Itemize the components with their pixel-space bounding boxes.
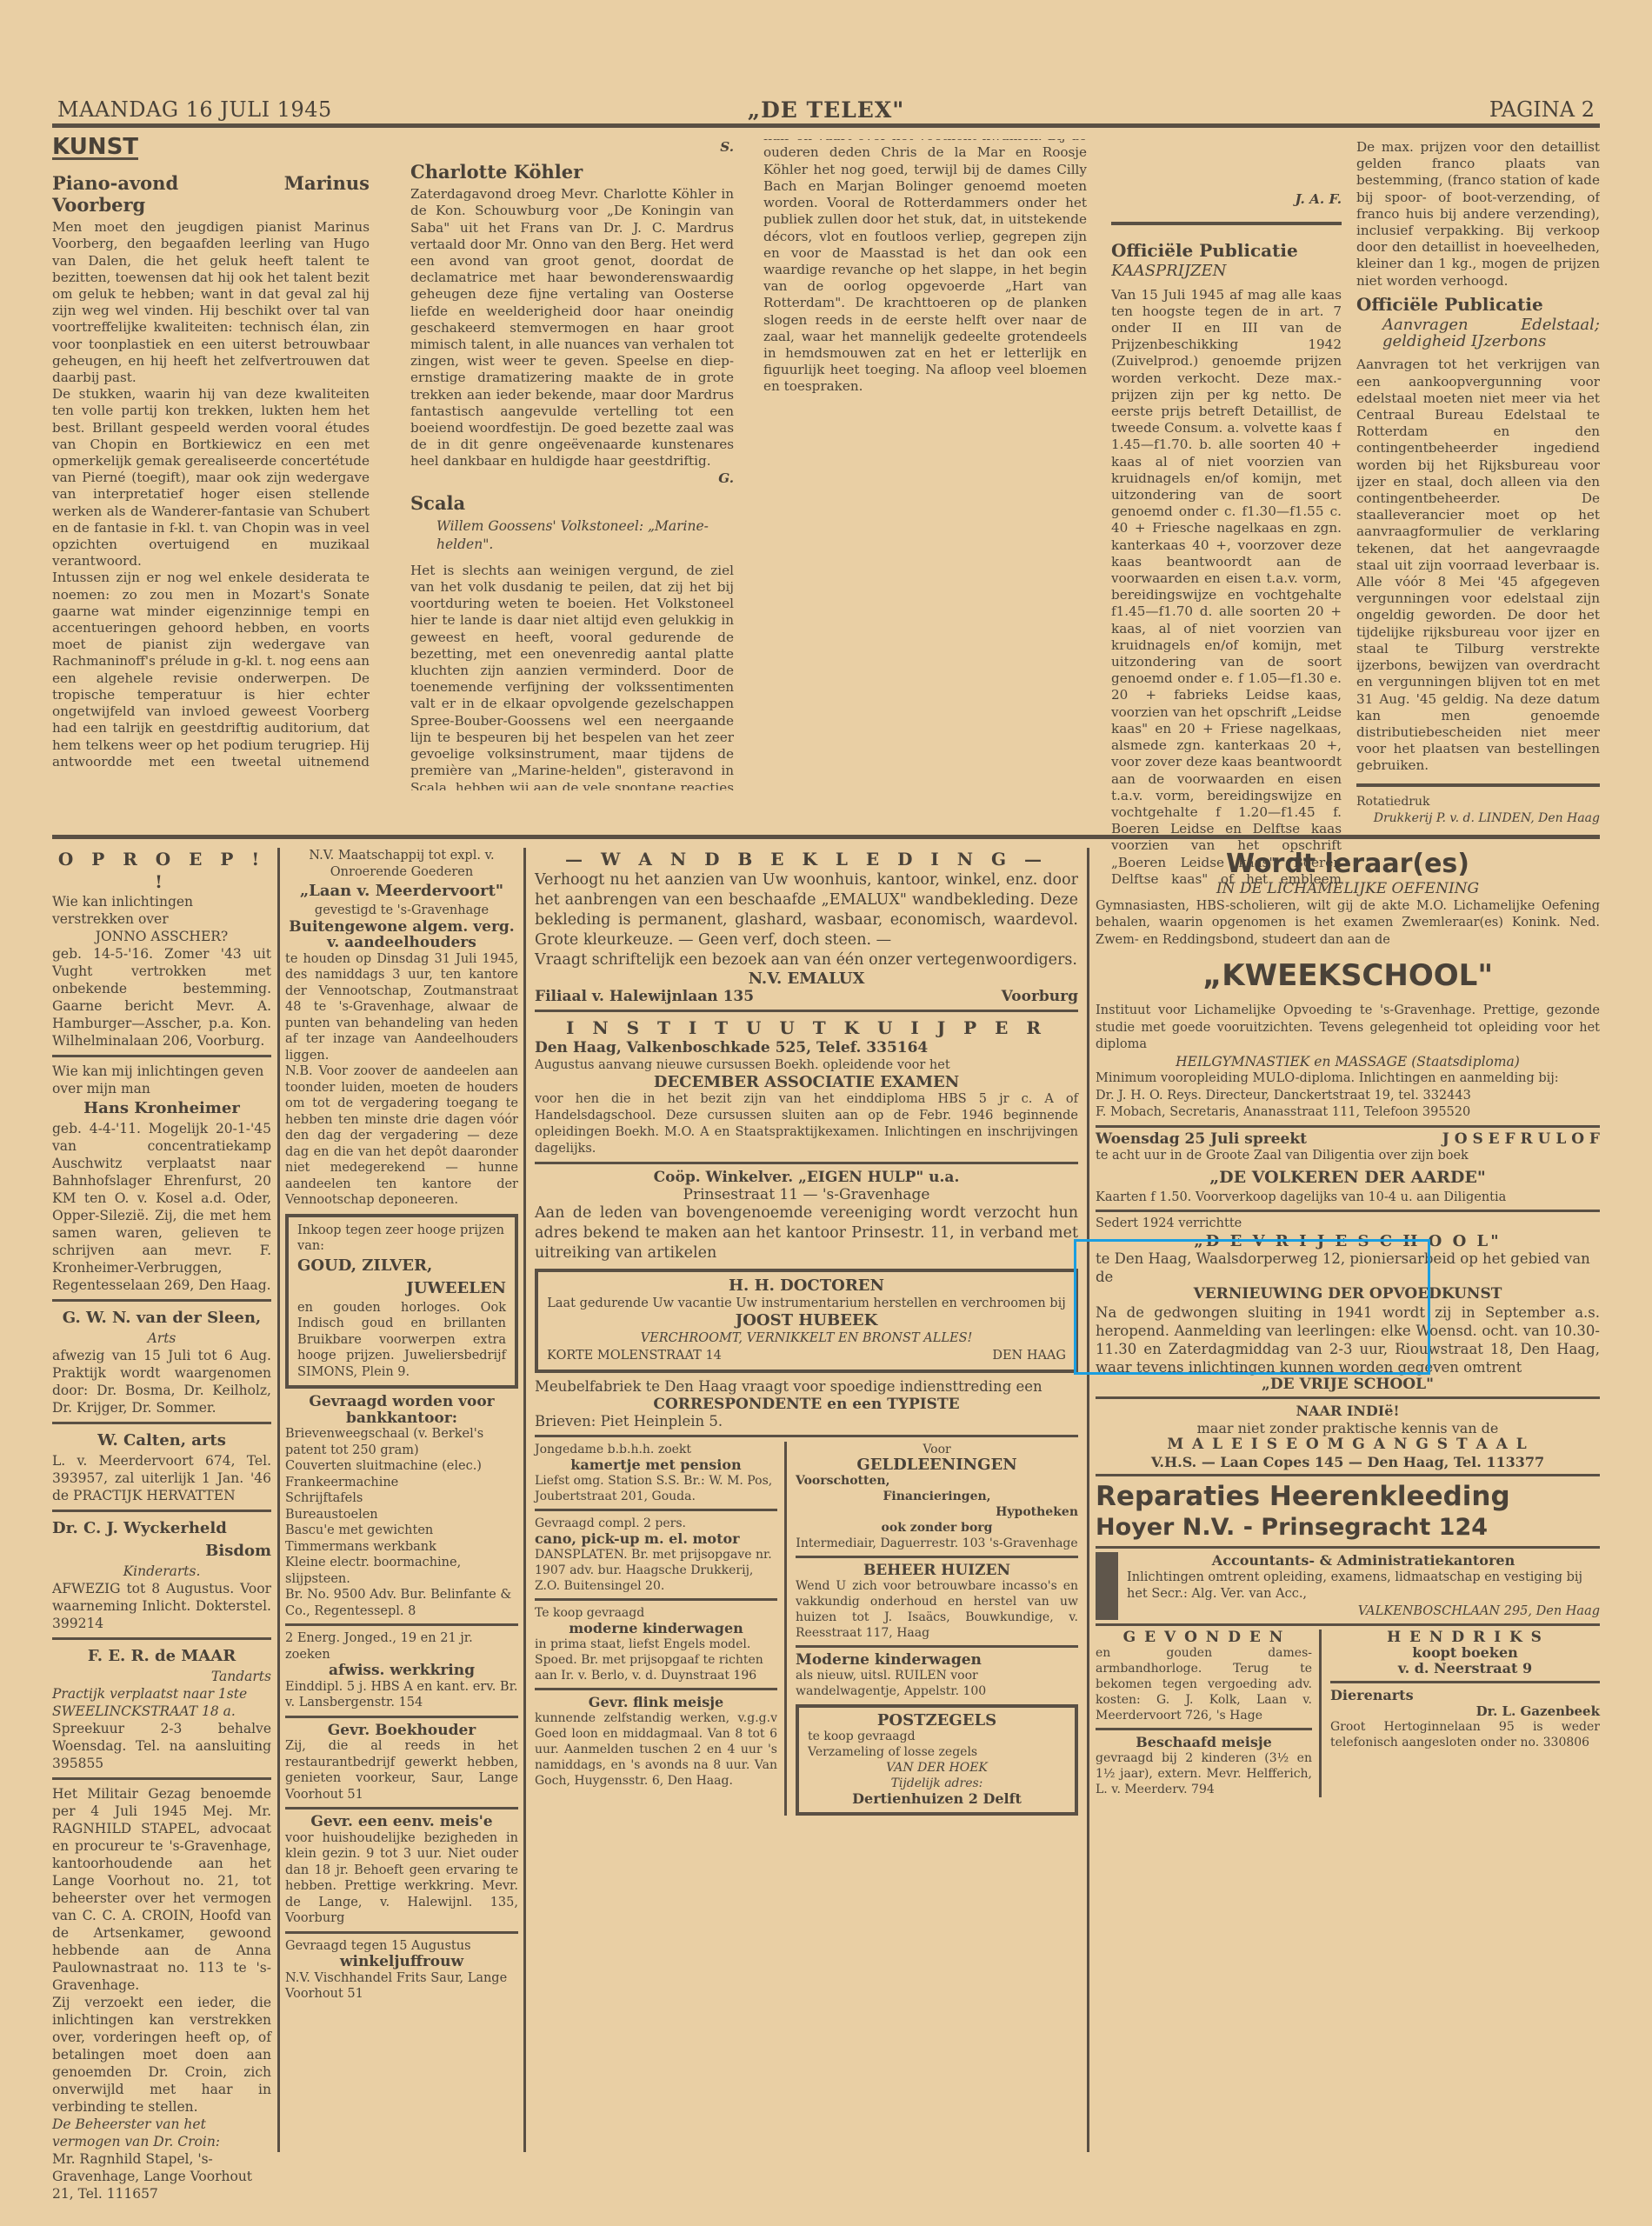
ad-text: Augustus aanvang nieuwe cursussen Boekh.… (535, 1056, 1078, 1074)
ad-subcolumn-left: G E V O N D E N en gouden dames-armbandh… (1096, 1630, 1322, 1797)
ad-subgrid: Jongedame b.b.h.h. zoekt kamertje met pe… (535, 1442, 1078, 1816)
ad-box-doctoren: H. H. DOCTOREN Laat gedurende Uw vacanti… (535, 1269, 1078, 1373)
ad-text: Den Haag, Valkenboschkade 525, Telef. 33… (535, 1039, 1078, 1056)
article-paragraph: Het is slechts aan weinigen vergund, de … (763, 139, 1087, 396)
ad-text: Te koop gevraagd (535, 1605, 777, 1621)
ad-text: Practijk verplaatst naar 1ste SWEELINCKS… (52, 1685, 271, 1720)
ad-title: POSTZEGELS (808, 1713, 1066, 1729)
divider (1096, 1546, 1600, 1549)
publication-subtitle: KAASPRIJZEN (1111, 263, 1342, 279)
ad-city: DEN HAAG (992, 1347, 1066, 1364)
divider (52, 1510, 271, 1512)
list-item: Bascu'e met gewichten (285, 1523, 518, 1539)
ad-text: Inkoop tegen zeer hooge prijzen van: (297, 1223, 506, 1255)
publication-body: De max. prijzen voor den detaillist geld… (1356, 139, 1600, 290)
ad-body: L. v. Meerdervoort 674, Tel. 393957, zal… (52, 1452, 271, 1504)
ad-text: Laat gedurende Uw vacantie Uw instrument… (547, 1295, 1066, 1312)
divider (285, 1623, 518, 1626)
divider (1330, 1681, 1600, 1683)
ad-body: Aan de leden van bovengenoemde vereenigi… (535, 1203, 1078, 1263)
newspaper-title: „DE TELEX" (52, 97, 1600, 123)
ad-title: Beschaafd meisje (1096, 1735, 1312, 1750)
publication-subtitle: Aanvragen Edelstaal; geldigheid IJzerbon… (1356, 317, 1600, 350)
column-rule (523, 848, 526, 2152)
list-item: Bureaustoelen (285, 1507, 518, 1523)
ad-title-row: Woensdag 25 Juli spreekt J O S E F R U L… (1096, 1131, 1600, 1149)
divider (285, 1931, 518, 1934)
ad-body: kunnende zelfstandig werken, v.g.g.v Goe… (535, 1710, 777, 1789)
ad-subcolumn-right: H E N D R I K S koopt boeken v. d. Neers… (1330, 1630, 1600, 1797)
masthead-rule (52, 123, 1600, 128)
ad-text: ook zonder borg (796, 1520, 1078, 1536)
divider (535, 1435, 1078, 1437)
ad-list: Brievenweegschaal (v. Berkel's patent to… (285, 1426, 518, 1587)
ad-body: DANSPLATEN. Br. met prijsopgave nr. 1907… (535, 1547, 777, 1594)
article-paragraph: Het is slechts aan weinigen vergund, de … (410, 563, 734, 790)
ad-name: Bisdom (52, 1540, 271, 1563)
ad-body: Wend U zich voor betrouwbare incasso's e… (796, 1578, 1078, 1641)
article-paragraph: Men moet den jeugdigen pianist Marinus V… (52, 219, 370, 386)
official-publication-steel: De max. prijzen voor den detaillist geld… (1356, 139, 1600, 896)
article-title: Piano-avond Marinus Voorberg (52, 172, 370, 216)
ad-title: Dierenarts (1330, 1688, 1600, 1703)
ad-speaker: J O S E F R U L O F (1442, 1131, 1600, 1149)
ad-text: M A L E I S E O M G A N G S T A A L (1096, 1436, 1600, 1454)
ad-text: Tijdelijk adres: (808, 1776, 1066, 1791)
divider (1111, 222, 1342, 225)
ad-title: winkeljuffrouw (285, 1954, 518, 1970)
ad-title: Gevr. flink meisje (535, 1695, 777, 1710)
ad-body: als nieuw, uitsl. RUILEN voor wandelwage… (796, 1668, 1078, 1699)
ad-body: Zij verzoekt een ieder, die inlichtingen… (52, 1994, 271, 2116)
ad-name: JOOST HUBEEK (547, 1312, 1066, 1330)
divider (52, 1777, 271, 1780)
ad-subtitle: IN DE LICHAMELIJKE OEFENING (1096, 881, 1600, 898)
ad-address: Filiaal v. Halewijnlaan 135 (535, 988, 754, 1005)
ad-body: Liefst omg. Station S.S. Br.: W. M. Pos,… (535, 1473, 777, 1504)
ad-title: kamertje met pension (535, 1457, 777, 1473)
ad-name: „KWEEKSCHOOL" (1096, 954, 1600, 997)
ad-subgrid: G E V O N D E N en gouden dames-armbandh… (1096, 1630, 1600, 1797)
ad-text: N.V. Maatschappij tot expl. v. Onroerend… (285, 848, 518, 880)
ad-text: gevestigd te 's-Gravenhage (285, 903, 518, 919)
publication-body: Aanvragen tot het verkrijgen van een aan… (1356, 357, 1600, 774)
ad-title: Reparaties Heerenkleeding (1096, 1480, 1600, 1513)
ad-name: „Laan v. Meerdervoort" (285, 880, 518, 903)
article-scala-continued: Het is slechts aan weinigen vergund, de … (763, 139, 1087, 887)
ad-title: JUWEELEN (297, 1277, 506, 1300)
ads-column-2: N.V. Maatschappij tot expl. v. Onroerend… (285, 848, 518, 2003)
ad-body: Gymnasiasten, HBS-scholieren, wilt gij d… (1096, 898, 1600, 950)
ad-name: N.V. EMALUX (535, 970, 1078, 988)
article-title: Charlotte Köhler (410, 161, 734, 183)
divider (52, 1637, 271, 1640)
ad-text: Gevraagd tegen 15 Augustus (285, 1938, 518, 1955)
article-paragraph: Zaterdagavond droeg Mevr. Charlotte Köhl… (410, 186, 734, 470)
ad-role: Tandarts (52, 1668, 271, 1685)
ad-text: VERCHROOMT, VERNIKKELT EN BRONST ALLES! (547, 1330, 1066, 1347)
divider (1096, 1728, 1312, 1730)
ad-title: Gevraagd worden voor bankkantoor: (285, 1394, 518, 1426)
ad-title: cano, pick-up m. el. motor (535, 1531, 777, 1547)
ad-title: Hoyer N.V. - Prinsegracht 124 (1096, 1513, 1600, 1543)
ad-accountants: Accountants- & Administratiekantoren Inl… (1096, 1552, 1600, 1620)
ad-title: NAAR INDIë! (1096, 1403, 1600, 1420)
official-publication-cheese: J. A. F. Officiële Publicatie KAASPRIJZE… (1111, 139, 1342, 887)
divider (1096, 1623, 1600, 1626)
divider (52, 1299, 271, 1302)
column-rule (277, 848, 280, 2152)
ad-text: Wie kan mij inlichtingen geven over mijn… (52, 1063, 271, 1097)
ad-role: Arts (52, 1330, 271, 1347)
ad-text: Jongedame b.b.h.h. zoekt (535, 1442, 777, 1457)
article-title: Scala (410, 492, 734, 514)
publication-body: Van 15 Juli 1945 af mag alle kaas ten ho… (1111, 287, 1342, 887)
ad-name: Dr. C. J. Wyckerheld (52, 1517, 271, 1540)
ad-text: Voorschotten, (796, 1473, 1078, 1489)
ad-address: v. d. Neerstraat 9 (1330, 1661, 1600, 1676)
ad-name: „DE VOLKEREN DER AARDE" (1096, 1165, 1600, 1190)
ad-title: Accountants- & Administratiekantoren (1127, 1552, 1600, 1570)
ad-text: 2 Energ. Jonged., 19 en 21 jr. zoeken (285, 1630, 518, 1663)
ad-body: Instituut voor Lichamelijke Opvoeding te… (1096, 1003, 1600, 1054)
ad-body: te houden op Dinsdag 31 Juli 1945, des n… (285, 951, 518, 1064)
ad-text: Wie kan inlichtingen verstrekken over (52, 893, 271, 928)
list-item: Frankeermachine (285, 1475, 518, 1491)
ad-text: Br. No. 9500 Adv. Bur. Belinfante & Co.,… (285, 1587, 518, 1619)
divider (52, 1422, 271, 1424)
ad-text: De Beheerster van het vermogen van Dr. C… (52, 2116, 271, 2150)
publication-title: Officiële Publicatie (1111, 243, 1342, 259)
section-heading-kunst: KUNST (52, 139, 138, 160)
ads-column-3: — W A N D B E K L E D I N G — Verhoogt n… (535, 848, 1078, 1816)
ad-title: Buitengewone algem. verg. v. aandeelhoud… (285, 919, 518, 951)
ad-subcolumn-right: Voor GELDLEENINGEN Voorschotten, Financi… (796, 1442, 1078, 1816)
divider (1096, 1474, 1600, 1476)
ad-text: te acht uur in de Groote Zaal van Dilige… (1096, 1148, 1600, 1165)
column-rule (1087, 848, 1089, 2152)
ad-name: G. W. N. van der Sleen, (52, 1307, 271, 1330)
divider (1096, 1125, 1600, 1128)
divider (796, 1645, 1078, 1648)
page-number: PAGINA 2 (1489, 97, 1595, 122)
ad-body: geb. 14-5-'16. Zomer '43 uit Vught vertr… (52, 945, 271, 1050)
ad-city: Voorburg (1002, 988, 1078, 1005)
ad-body: Spreekuur 2-3 behalve Woensdag. Tel. na … (52, 1720, 271, 1772)
ad-body: Einddipl. 5 j. HBS A en kant. erv. Br. v… (285, 1679, 518, 1711)
ad-body: en gouden horloges. Ook Indisch goud en … (297, 1300, 506, 1381)
ad-name: „DE VRIJE SCHOOL" (1096, 1376, 1600, 1394)
ad-text: HEILGYMNASTIEK en MASSAGE (Staatsdiploma… (1096, 1054, 1600, 1071)
ad-name: F. E. R. de MAAR (52, 1645, 271, 1668)
ad-title: Coöp. Winkelver. „EIGEN HULP" u.a. (535, 1169, 1078, 1186)
ad-title: G E V O N D E N (1096, 1630, 1312, 1645)
ad-contact: F. Mobach, Secretaris, Ananasstraat 111,… (1096, 1104, 1600, 1122)
ad-body: N.V. Vischhandel Frits Saur, Lange Voorh… (285, 1970, 518, 2003)
divider (285, 1716, 518, 1718)
ad-address: VALKENBOSCHLAAN 295, Den Haag (1127, 1603, 1600, 1621)
ad-name: VAN DER HOEK (808, 1760, 1066, 1776)
ad-title: DECEMBER ASSOCIATIE EXAMEN (535, 1074, 1078, 1091)
ad-body: Minimum vooropleiding MULO-diploma. Inli… (1096, 1070, 1600, 1088)
ad-title: — W A N D B E K L E D I N G — (535, 848, 1078, 870)
article-signature: S. (410, 139, 734, 156)
ad-role: Kinderarts. (52, 1563, 271, 1580)
ad-title: H. H. DOCTOREN (547, 1277, 1066, 1295)
printer-line: Rotatiedruk (1356, 794, 1600, 810)
list-item: Kleine electr. boormachine, slijpsteen. (285, 1555, 518, 1587)
divider (535, 1598, 777, 1601)
ad-body: AFWEZIG tot 8 Augustus. Voor waarneming … (52, 1580, 271, 1632)
ad-body: Zij, die al reeds in het restaurantbedri… (285, 1738, 518, 1803)
divider (535, 1162, 1078, 1164)
newspaper-page: MAANDAG 16 JULI 1945 „DE TELEX" PAGINA 2… (52, 0, 1600, 2226)
ad-text: Hypotheken (796, 1504, 1078, 1520)
ad-title: GELDLEENINGEN (796, 1457, 1078, 1473)
ad-title: moderne kinderwagen (535, 1621, 777, 1636)
ad-text: Woensdag 25 Juli spreekt (1096, 1131, 1307, 1149)
ad-address: Prinsestraat 11 — 's-Gravenhage (535, 1186, 1078, 1203)
divider (1356, 783, 1600, 787)
ad-address-row: KORTE MOLENSTRAAT 14 DEN HAAG (547, 1347, 1066, 1364)
list-item: Brievenweegschaal (v. Berkel's patent to… (285, 1426, 518, 1458)
decorative-bar (1096, 1552, 1118, 1620)
ad-body: Meubelfabriek te Den Haag vraagt voor sp… (535, 1378, 1078, 1396)
ad-body: en gouden dames-armbandhorloge. Terug te… (1096, 1645, 1312, 1723)
ad-accountants-content: Accountants- & Administratiekantoren Inl… (1127, 1552, 1600, 1620)
ad-text: Kaarten f 1.50. Voorverkoop dagelijks va… (1096, 1190, 1600, 1207)
ad-body: in prima staat, liefst Engels model. Spo… (535, 1636, 777, 1683)
divider (1096, 1210, 1600, 1212)
divider (535, 1688, 777, 1690)
ad-text: Financieringen, (796, 1489, 1078, 1504)
ad-subcolumn-left: Jongedame b.b.h.h. zoekt kamertje met pe… (535, 1442, 787, 1816)
ad-name: Dr. L. Gazenbeek (1330, 1703, 1600, 1719)
ad-name: JONNO ASSCHER? (52, 928, 271, 945)
ad-contact: Dr. J. H. O. Reys. Directeur, Danckertst… (1096, 1088, 1600, 1105)
publication-title: Officiële Publicatie (1356, 297, 1600, 313)
article-kohler-scala: S. Charlotte Köhler Zaterdagavond droeg … (410, 139, 734, 790)
ad-title: CORRESPONDENTE en een TYPISTE (535, 1396, 1078, 1413)
ad-text: Verzameling of losse zegels (808, 1744, 1066, 1760)
ad-text: Sedert 1924 verrichtte (1096, 1216, 1600, 1233)
ad-name: Hans Kronheimer (52, 1097, 271, 1120)
ad-address: Dertienhuizen 2 Delft (808, 1791, 1066, 1807)
list-item: Couverten sluitmachine (elec.) (285, 1458, 518, 1475)
ads-divider (52, 835, 1600, 839)
ad-title: GOUD, ZILVER, (297, 1255, 506, 1277)
ad-text: Brieven: Piet Heinplein 5. (535, 1413, 1078, 1430)
ads-column-1: O P R O E P ! ! Wie kan inlichtingen ver… (52, 848, 271, 2203)
printer-name: Drukkerij P. v. d. LINDEN, Den Haag (1356, 810, 1600, 827)
article-signature: G. (410, 470, 734, 487)
ad-body: Het Militair Gezag benoemde per 4 Juli 1… (52, 1785, 271, 1994)
ad-box-postzegels: POSTZEGELS te koop gevraagd Verzameling … (796, 1704, 1078, 1816)
ad-title: O P R O E P ! ! (52, 848, 271, 893)
ad-text: maar niet zonder praktische kennis van d… (1096, 1420, 1600, 1437)
ad-body: Vraagt schriftelijk een bezoek aan van é… (535, 950, 1078, 970)
ad-body: Groot Hertoginnelaan 95 is weder telefon… (1330, 1719, 1600, 1750)
article-subtitle: Willem Goossens' Volkstoneel: „Marine-he… (410, 517, 734, 554)
ad-text: koopt boeken (1330, 1645, 1600, 1661)
ad-body: afwezig van 15 Juli tot 6 Aug. Praktijk … (52, 1347, 271, 1416)
ad-address: KORTE MOLENSTRAAT 14 (547, 1347, 722, 1364)
article-paragraph: Intussen zijn er nog wel enkele desidera… (52, 570, 370, 770)
list-item: Schrijftafels (285, 1490, 518, 1507)
ad-title: H E N D R I K S (1330, 1630, 1600, 1645)
ad-title: Gevr. Boekhouder (285, 1723, 518, 1739)
ad-title: Moderne kinderwagen (796, 1652, 1078, 1668)
divider (796, 1556, 1078, 1558)
article-signature: J. A. F. (1111, 191, 1342, 208)
ad-body: N.B. Voor zoover de aandeelen aan toonde… (285, 1063, 518, 1209)
ad-text: V.H.S. — Laan Copes 145 — Den Haag, Tel.… (1096, 1454, 1600, 1471)
ad-title: I N S T I T U U T K U I J P E R (535, 1016, 1078, 1039)
masthead: MAANDAG 16 JULI 1945 „DE TELEX" PAGINA 2 (52, 94, 1600, 122)
ad-body: Inlichtingen omtrent opleiding, examens,… (1127, 1570, 1600, 1603)
article-paragraph: De stukken, waarin hij van deze kwalitei… (52, 386, 370, 570)
divider (535, 1509, 777, 1511)
ad-body: gevraagd bij 2 kinderen (3½ en 1½ jaar),… (1096, 1750, 1312, 1797)
ad-title: Gevr. een eenv. meis'e (285, 1814, 518, 1830)
article-piano-avond: KUNST Piano-avond Marinus Voorberg Men m… (52, 139, 370, 770)
selection-highlight (1074, 1239, 1430, 1375)
ad-body: Verhoogt nu het aanzien van Uw woonhuis,… (535, 870, 1078, 950)
ad-body: voor huishoudelijke bezigheden in klein … (285, 1830, 518, 1927)
ad-box-gold: Inkoop tegen zeer hooge prijzen van: GOU… (285, 1214, 518, 1390)
ad-text: Gevraagd compl. 2 pers. (535, 1516, 777, 1531)
divider (535, 1010, 1078, 1012)
list-item: Timmermans werkbank (285, 1539, 518, 1556)
divider (52, 1055, 271, 1057)
ad-text: te koop gevraagd (808, 1729, 1066, 1744)
divider (1096, 1396, 1600, 1399)
ad-text: Intermediair, Daguerrestr. 103 's-Graven… (796, 1536, 1078, 1551)
divider (285, 1807, 518, 1809)
ad-title: BEHEER HUIZEN (796, 1563, 1078, 1578)
ad-body: voor hen die in het bezit zijn van het e… (535, 1091, 1078, 1157)
ad-rulof: Woensdag 25 Juli spreekt J O S E F R U L… (1096, 1131, 1600, 1207)
ad-name: W. Calten, arts (52, 1430, 271, 1452)
ad-address-row: Filiaal v. Halewijnlaan 135 Voorburg (535, 988, 1078, 1005)
ad-signature: Mr. Ragnhild Stapel, 's-Gravenhage, Lang… (52, 2150, 271, 2203)
ad-title: afwiss. werkkring (285, 1663, 518, 1679)
ad-title: Wordt leraar(es) (1096, 848, 1600, 881)
ad-body: geb. 4-4-'11. Mogelijk 20-1-'45 van conc… (52, 1120, 271, 1294)
